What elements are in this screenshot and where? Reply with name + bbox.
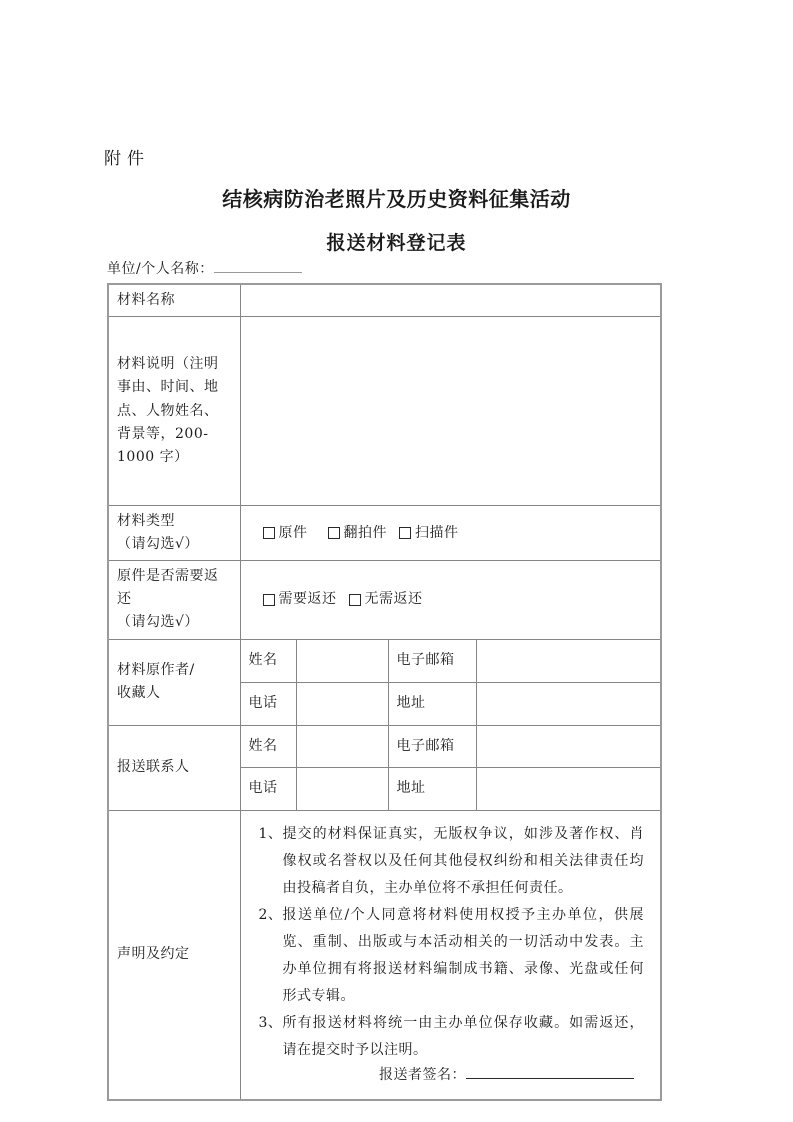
author-name-input-cell[interactable] — [296, 639, 388, 682]
author-phone-input-cell[interactable] — [296, 682, 388, 725]
signature-row: 报送者签名： — [257, 1064, 645, 1087]
table-row-contact-name-email: 报送联系人 姓名 电子邮箱 — [108, 725, 661, 767]
material-name-label: 材料名称 — [108, 284, 240, 317]
page-title: 结核病防治老照片及历史资料征集活动 — [0, 183, 793, 212]
contact-address-label: 地址 — [388, 767, 476, 810]
material-desc-input-cell[interactable] — [240, 317, 661, 506]
table-row-declaration: 声明及约定 1、 提交的材料保证真实，无版权争议，如涉及著作权、肖像权或名誉权以… — [108, 810, 661, 1100]
signature-label: 报送者签名： — [379, 1067, 466, 1083]
declaration-item-text: 报送单位/个人同意将材料使用权授予主办单位，供展览、重制、出版或与本活动相关的一… — [283, 907, 645, 1004]
signature-blank-line[interactable] — [466, 1064, 634, 1079]
contact-phone-label: 电话 — [240, 767, 296, 810]
checkbox-icon[interactable] — [328, 527, 340, 539]
page-subtitle: 报送材料登记表 — [0, 228, 793, 255]
declaration-label: 声明及约定 — [108, 810, 240, 1100]
contact-address-input-cell[interactable] — [476, 767, 661, 810]
table-row-material-type: 材料类型 （请勾选√） 原件 翻拍件 扫描件 — [108, 506, 661, 561]
declaration-content: 1、 提交的材料保证真实，无版权争议，如涉及著作权、肖像权或名誉权以及任何其他侵… — [249, 815, 653, 1095]
checkbox-label: 翻拍件 — [344, 522, 388, 545]
unit-name-blank-line[interactable] — [214, 258, 302, 273]
declaration-item-2: 2、 报送单位/个人同意将材料使用权授予主办单位，供展览、重制、出版或与本活动相… — [257, 902, 645, 1010]
original-author-label: 材料原作者/ 收藏人 — [108, 639, 240, 725]
original-author-label-line2: 收藏人 — [117, 682, 232, 705]
contact-phone-input-cell[interactable] — [296, 767, 388, 810]
checkbox-reshoot[interactable]: 翻拍件 — [328, 522, 388, 545]
return-original-label-line1: 原件是否需要返还 — [117, 565, 232, 611]
checkbox-scan[interactable]: 扫描件 — [399, 522, 459, 545]
material-type-label-line1: 材料类型 — [117, 510, 232, 533]
original-author-label-line1: 材料原作者/ — [117, 659, 232, 682]
checkbox-label: 需要返还 — [279, 588, 337, 611]
unit-name-label: 单位/个人名称： — [107, 261, 214, 277]
checkbox-icon[interactable] — [349, 594, 361, 606]
declaration-item-1: 1、 提交的材料保证真实，无版权争议，如涉及著作权、肖像权或名誉权以及任何其他侵… — [257, 821, 645, 902]
attachment-label: 附件 — [104, 144, 150, 169]
material-type-label-line2: （请勾选√） — [117, 533, 232, 556]
contact-name-label: 姓名 — [240, 725, 296, 767]
author-email-input-cell[interactable] — [476, 639, 661, 682]
author-address-input-cell[interactable] — [476, 682, 661, 725]
checkbox-no-return[interactable]: 无需返还 — [349, 588, 423, 611]
checkbox-label: 扫描件 — [415, 522, 459, 545]
author-address-label: 地址 — [388, 682, 476, 725]
table-row-return-original: 原件是否需要返还 （请勾选√） 需要返还 无需返还 — [108, 561, 661, 639]
table-row-material-desc: 材料说明（注明事由、时间、地点、人物姓名、背景等，200-1000 字） — [108, 317, 661, 506]
table-row-material-name: 材料名称 — [108, 284, 661, 317]
declaration-item-3: 3、 所有报送材料将统一由主办单位保存收藏。如需返还，请在提交时予以注明。 — [257, 1010, 645, 1064]
checkbox-label: 无需返还 — [365, 588, 423, 611]
material-type-options-cell: 原件 翻拍件 扫描件 — [240, 506, 661, 561]
author-phone-label: 电话 — [240, 682, 296, 725]
contact-label: 报送联系人 — [108, 725, 240, 810]
declaration-item-number: 1、 — [259, 821, 283, 848]
contact-email-label: 电子邮箱 — [388, 725, 476, 767]
declaration-item-text: 提交的材料保证真实，无版权争议，如涉及著作权、肖像权或名誉权以及任何其他侵权纠纷… — [283, 826, 645, 896]
declaration-item-number: 2、 — [259, 902, 283, 929]
checkbox-icon[interactable] — [399, 527, 411, 539]
checkbox-original[interactable]: 原件 — [263, 522, 308, 545]
checkbox-icon[interactable] — [263, 527, 275, 539]
declaration-item-text: 所有报送材料将统一由主办单位保存收藏。如需返还，请在提交时予以注明。 — [283, 1015, 645, 1058]
material-desc-label: 材料说明（注明事由、时间、地点、人物姓名、背景等，200-1000 字） — [108, 317, 240, 506]
checkbox-need-return[interactable]: 需要返还 — [263, 588, 337, 611]
return-original-options-cell: 需要返还 无需返还 — [240, 561, 661, 639]
declaration-item-number: 3、 — [259, 1010, 283, 1037]
author-name-label: 姓名 — [240, 639, 296, 682]
material-type-label: 材料类型 （请勾选√） — [108, 506, 240, 561]
author-email-label: 电子邮箱 — [388, 639, 476, 682]
table-row-author-name-email: 材料原作者/ 收藏人 姓名 电子邮箱 — [108, 639, 661, 682]
return-original-label-line2: （请勾选√） — [117, 611, 232, 634]
contact-email-input-cell[interactable] — [476, 725, 661, 767]
material-type-checkbox-group: 原件 翻拍件 扫描件 — [249, 522, 653, 545]
declaration-content-cell: 1、 提交的材料保证真实，无版权争议，如涉及著作权、肖像权或名誉权以及任何其他侵… — [240, 810, 661, 1100]
return-original-label: 原件是否需要返还 （请勾选√） — [108, 561, 240, 639]
unit-name-row: 单位/个人名称： — [107, 258, 302, 278]
contact-name-input-cell[interactable] — [296, 725, 388, 767]
checkbox-label: 原件 — [279, 522, 308, 545]
checkbox-icon[interactable] — [263, 594, 275, 606]
registration-form-table: 材料名称 材料说明（注明事由、时间、地点、人物姓名、背景等，200-1000 字… — [107, 283, 662, 1101]
material-name-input-cell[interactable] — [240, 284, 661, 317]
return-original-checkbox-group: 需要返还 无需返还 — [249, 588, 653, 611]
